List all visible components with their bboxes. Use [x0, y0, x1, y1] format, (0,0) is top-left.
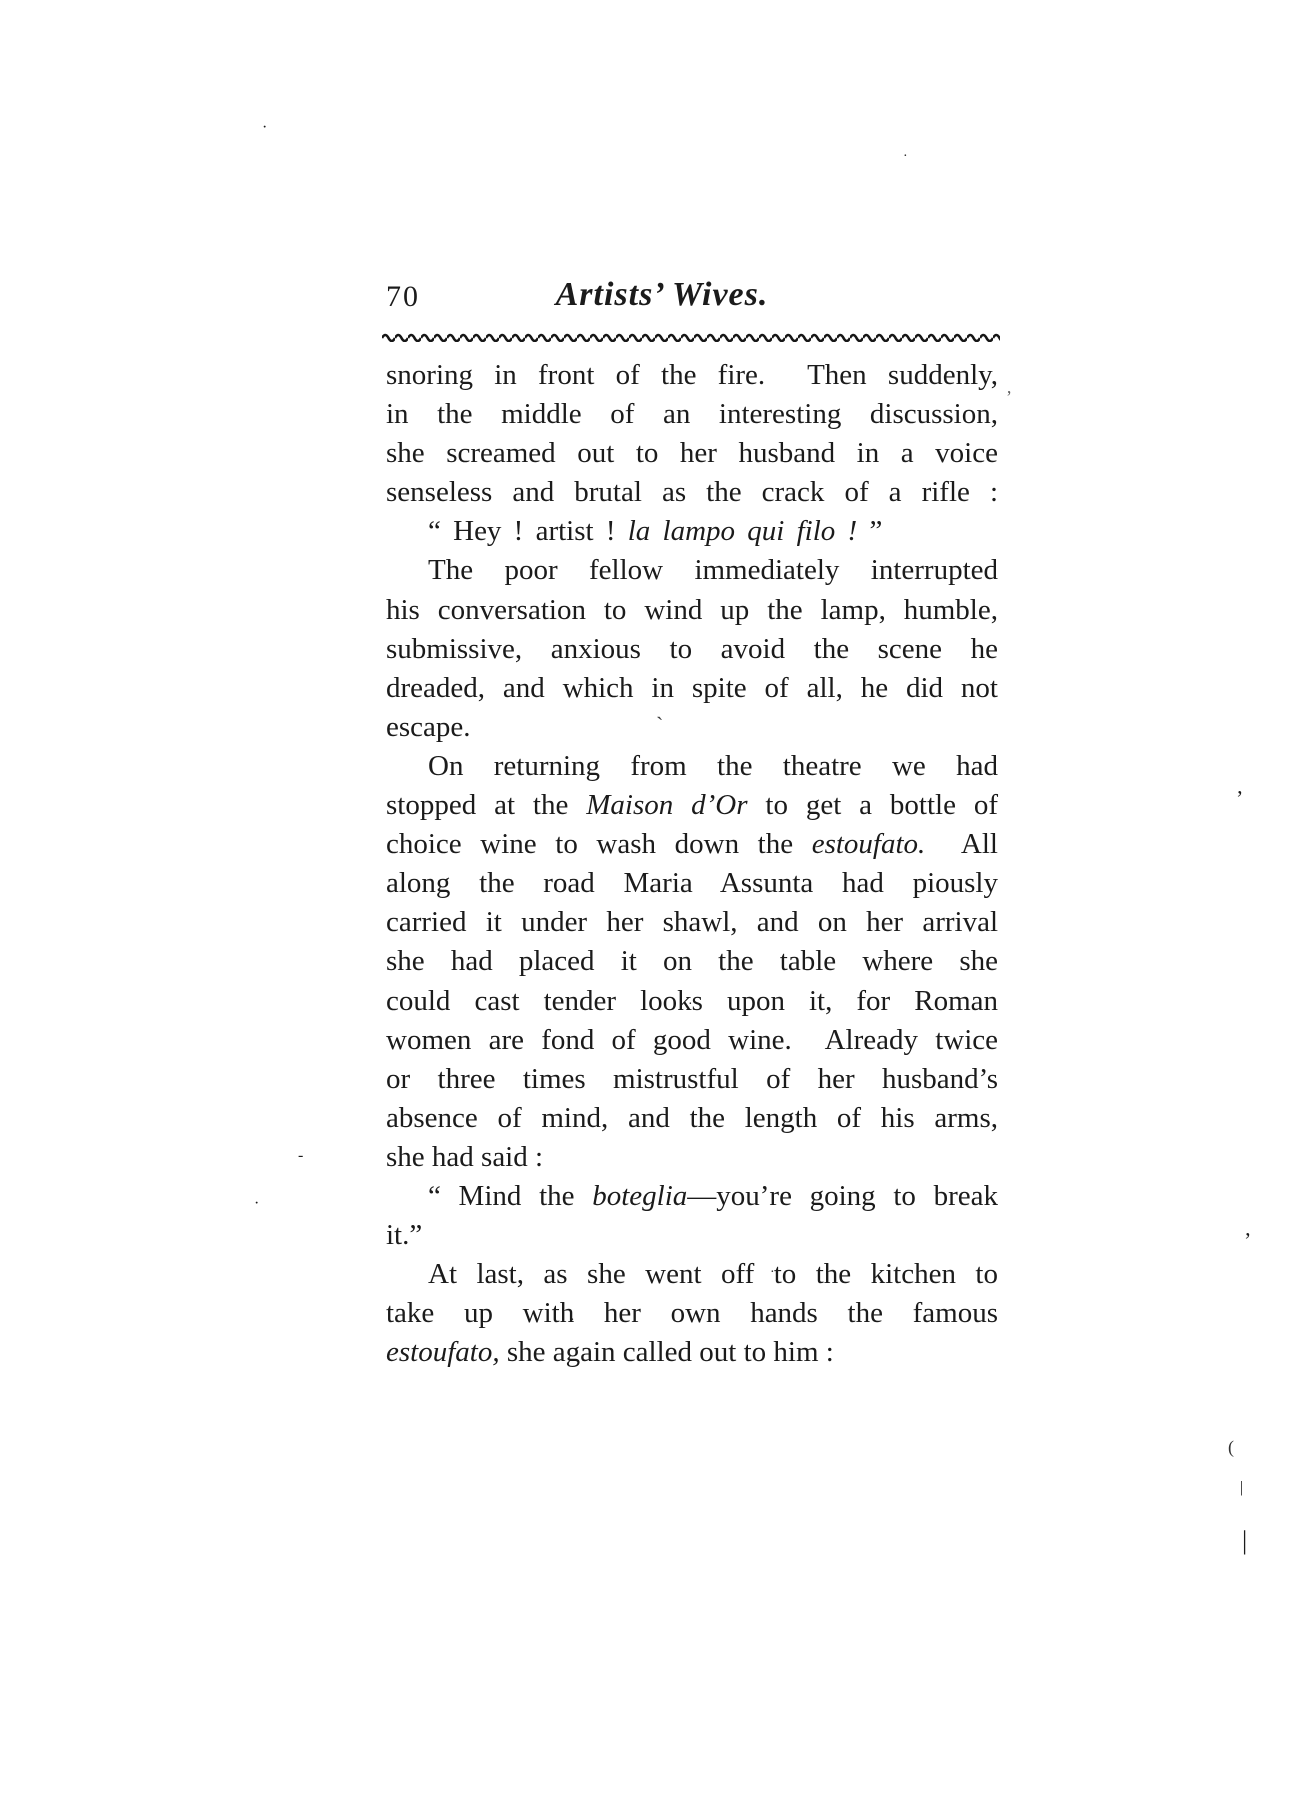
text-line: she had said :	[386, 1138, 998, 1177]
text-line: along the road Maria Assunta had piously	[386, 864, 998, 903]
text-segment: she again called out to him :	[500, 1336, 834, 1368]
text-line: dreaded, and which in spite of all, he d…	[386, 669, 998, 708]
scan-speck: |	[1240, 1480, 1243, 1496]
text-segment: ”	[857, 515, 882, 547]
text-line: “ Hey ! artist ! la lampo qui filo ! ”	[386, 512, 998, 551]
text-segment: she had placed it on the table where she	[386, 945, 998, 977]
text-segment: stopped at the	[386, 789, 586, 821]
scan-speck: -	[298, 1148, 303, 1164]
scan-speck: ˋ	[656, 714, 663, 736]
italic-phrase: estoufato,	[386, 1336, 500, 1368]
text-line: in the middle of an interesting discussi…	[386, 395, 998, 434]
text-line: or three times mistrustful of her husban…	[386, 1060, 998, 1099]
text-segment: along the road Maria Assunta had piously	[386, 867, 998, 899]
scan-speck: ʼ	[1244, 1230, 1251, 1252]
text-segment: carried it under her shawl, and on her a…	[386, 906, 998, 938]
scan-speck: ·	[770, 1266, 775, 1280]
text-segment: to get a bottle of	[748, 789, 999, 821]
text-segment: submissive, anxious to avoid the scene h…	[386, 633, 998, 665]
text-line: his conversation to wind up the lamp, hu…	[386, 591, 998, 630]
page-number: 70	[386, 281, 420, 313]
text-line: it.”	[386, 1216, 998, 1255]
text-line: estoufato, she again called out to him :	[386, 1333, 998, 1372]
text-segment: take up with her own hands the famous	[386, 1297, 998, 1329]
text-line: On returning from the theatre we had	[386, 747, 998, 786]
scan-speck: ·	[570, 1314, 575, 1328]
text-segment: women are fond of good wine. Already twi…	[386, 1024, 998, 1056]
text-segment: On returning from the theatre we had	[428, 750, 998, 782]
text-line: “ Mind the boteglia—you’re going to brea…	[386, 1177, 998, 1216]
text-segment: “ Mind the	[428, 1180, 592, 1212]
text-segment: snoring in front of the fire. Then sudde…	[386, 359, 998, 391]
text-line: escape.	[386, 708, 998, 747]
text-line: she had placed it on the table where she	[386, 942, 998, 981]
text-line: carried it under her shawl, and on her a…	[386, 903, 998, 942]
text-segment: At last, as she went off to the kitchen …	[428, 1258, 998, 1290]
text-segment: she screamed out to her husband in a voi…	[386, 437, 998, 469]
text-segment: —you’re going to break	[687, 1180, 998, 1212]
text-segment: The poor fellow immediately interrupted	[428, 554, 998, 586]
text-line: submissive, anxious to avoid the scene h…	[386, 630, 998, 669]
scan-speck: ·	[262, 120, 267, 136]
text-line: snoring in front of the fire. Then sudde…	[386, 356, 998, 395]
text-line: At last, as she went off to the kitchen …	[386, 1255, 998, 1294]
book-page: 70 Artists’ Wives. snoring in front of t…	[0, 0, 1314, 1814]
text-segment: dreaded, and which in spite of all, he d…	[386, 672, 998, 704]
scan-speck: ·	[688, 998, 693, 1012]
scan-speck: ʼ	[1236, 788, 1243, 810]
text-line: absence of mind, and the length of his a…	[386, 1099, 998, 1138]
text-line: senseless and brutal as the crack of a r…	[386, 473, 998, 512]
text-line: take up with her own hands the famous	[386, 1294, 998, 1333]
running-title: Artists’ Wives.	[556, 277, 769, 313]
scan-speck: |	[1242, 1528, 1247, 1554]
text-segment: or three times mistrustful of her husban…	[386, 1063, 998, 1095]
text-segment: senseless and brutal as the crack of a r…	[386, 476, 998, 508]
wavy-rule-decoration	[382, 330, 1000, 342]
italic-phrase: la lampo qui filo !	[628, 515, 857, 547]
text-line: choice wine to wash down the estoufato. …	[386, 825, 998, 864]
text-segment: All	[925, 828, 998, 860]
text-segment: in the middle of an interesting discussi…	[386, 398, 998, 430]
scan-speck: ʼ	[1006, 388, 1012, 406]
italic-phrase: boteglia	[592, 1180, 687, 1212]
scan-speck: ·	[254, 1196, 259, 1212]
text-line: women are fond of good wine. Already twi…	[386, 1021, 998, 1060]
text-segment: she had said :	[386, 1141, 543, 1173]
text-segment: escape.	[386, 711, 471, 743]
text-segment: his conversation to wind up the lamp, hu…	[386, 594, 998, 626]
scan-speck: (	[1228, 1438, 1234, 1456]
italic-phrase: estoufato.	[812, 828, 926, 860]
text-segment: it.”	[386, 1219, 422, 1251]
text-segment: “ Hey ! artist !	[428, 515, 628, 547]
italic-phrase: Maison d’Or	[586, 789, 747, 821]
text-segment: absence of mind, and the length of his a…	[386, 1102, 998, 1134]
text-line: stopped at the Maison d’Or to get a bott…	[386, 786, 998, 825]
scan-speck: ·	[903, 150, 908, 164]
text-segment: choice wine to wash down the	[386, 828, 812, 860]
text-line: she screamed out to her husband in a voi…	[386, 434, 998, 473]
text-line: The poor fellow immediately interrupted	[386, 551, 998, 590]
text-block: snoring in front of the fire. Then sudde…	[386, 356, 998, 1372]
